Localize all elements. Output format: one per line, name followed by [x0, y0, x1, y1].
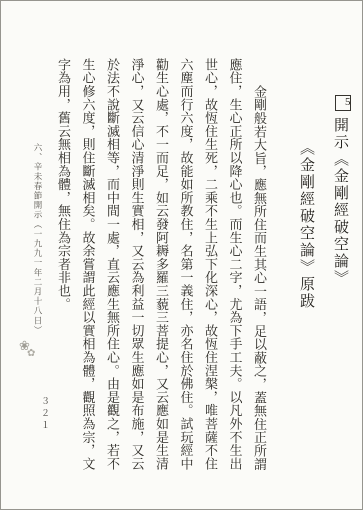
body-column: 於法不說斷滅相等，而中間一處，直云應生無所住心。由是觀之，若不: [100, 58, 125, 471]
running-head: 六、辛未春節開示（一九九一年二月十八日）: [32, 143, 44, 335]
subtitle: 《金剛經破空論》原跋: [293, 58, 319, 471]
section-number-box: 5: [335, 95, 351, 111]
body-column: 字為用，舊云無相為體，無住為宗者非也。: [51, 58, 76, 471]
book-page: 5開示《金剛經破空論》 《金剛經破空論》原跋 金剛般若大旨，應無所住而生其心一語…: [0, 0, 363, 510]
body-column: 金剛般若大旨，應無所住而生其心一語，足以蔽之，蓋無住正所謂: [247, 58, 272, 471]
section-number: 5: [345, 96, 351, 110]
body-column: 六塵而行六度，故能如所教住，名第一義住，亦名住於佛住。試玩經中: [173, 58, 198, 471]
flower-ornament: ❀ ✿: [19, 339, 30, 352]
page-title-text: 開示《金剛經破空論》: [332, 117, 348, 287]
flower-icon: ✿: [27, 349, 35, 359]
body-column: 勸生心處，不一而足，如云發阿耨多羅三藐三菩提心，又云應如是生清: [149, 58, 174, 471]
body-column: 世心，故恆住生死，二乘不生上弘下化深心，故恆住涅槃，唯菩薩不住: [198, 58, 223, 471]
body-column: 應住，生心正所以降心也。而生心二字，尤為下手工夫。以凡外不生出: [222, 58, 247, 471]
body-column: 淨心，又云信心清淨則生實相，又云為利益一切眾生應如是布施，又云: [124, 58, 149, 471]
body-column: 生心修六度，則住斷滅相矣。故余嘗謂此經以實相為體，觀照為宗，文: [75, 58, 100, 471]
main-text-block: 5開示《金剛經破空論》 《金剛經破空論》原跋 金剛般若大旨，應無所住而生其心一語…: [51, 58, 354, 471]
page-title: 5開示《金剛經破空論》: [327, 58, 353, 471]
page-number: ３２１: [39, 396, 52, 432]
